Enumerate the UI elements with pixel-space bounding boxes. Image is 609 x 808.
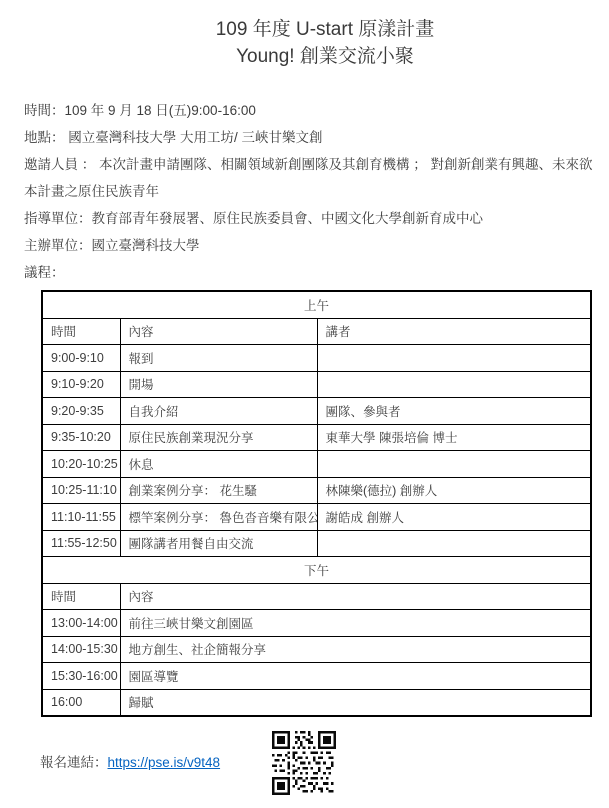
content-cell: 原住民族創業現況分享 [120,424,317,451]
agenda-table: 上午 時間 內容 講者 9:00-9:10 報到 9:10-9:20 開場 9:… [41,290,592,717]
content-cell: 地方創生、社企簡報分享 [120,636,591,663]
afternoon-section-header: 下午 [42,557,591,584]
speaker-cell [317,451,591,478]
table-row: 15:30-16:00 園區導覽 [42,663,591,690]
table-row: 13:00-14:00 前往三峽甘樂文創園區 [42,610,591,637]
afternoon-section-row: 下午 [42,557,591,584]
content-cell: 歸賦 [120,689,591,716]
document-page: 109 年度 U-start 原漾計畫 Young! 創業交流小聚 時間：109… [0,0,609,808]
speaker-cell: 團隊、參與者 [317,398,591,425]
time-cell: 9:35-10:20 [42,424,120,451]
page-title: 109 年度 U-start 原漾計畫 Young! 創業交流小聚 [41,16,609,70]
content-cell: 創業案例分享： 花生騷 [120,477,317,504]
content-cell: 開場 [120,371,317,398]
content-cell: 休息 [120,451,317,478]
info-organizer: 主辦單位：國立臺灣科技大學 [24,232,594,259]
time-cell: 10:25-11:10 [42,477,120,504]
table-row: 10:25-11:10 創業案例分享： 花生騷 林陳樂(德拉) 創辦人 [42,477,591,504]
table-row: 9:00-9:10 報到 [42,345,591,372]
speaker-cell: 謝皓成 創辦人 [317,504,591,531]
time-cell: 10:20-10:25 [42,451,120,478]
content-cell: 自我介紹 [120,398,317,425]
content-cell: 標竿案例分享： 魯色沓音樂有限公司 [120,504,317,531]
speaker-cell: 東華大學 陳張培倫 博士 [317,424,591,451]
time-cell: 9:20-9:35 [42,398,120,425]
qr-code-icon [272,731,336,795]
table-row: 10:20-10:25 休息 [42,451,591,478]
info-agenda-label: 議程： [24,259,594,286]
title-line-1: 109 年度 U-start 原漾計畫 [41,16,609,43]
time-cell: 13:00-14:00 [42,610,120,637]
time-cell: 15:30-16:00 [42,663,120,690]
col-header-content: 內容 [120,583,591,610]
table-row: 9:35-10:20 原住民族創業現況分享 東華大學 陳張培倫 博士 [42,424,591,451]
speaker-cell [317,530,591,557]
afternoon-header-row: 時間 內容 [42,583,591,610]
info-invitees-2: 本計畫之原住民族青年 [24,178,594,205]
table-row: 9:20-9:35 自我介紹 團隊、參與者 [42,398,591,425]
col-header-speaker: 講者 [317,318,591,345]
col-header-time: 時間 [42,318,120,345]
info-time: 時間：109 年 9 月 18 日(五)9:00-16:00 [24,97,594,124]
time-cell: 9:00-9:10 [42,345,120,372]
time-cell: 16:00 [42,689,120,716]
title-line-2: Young! 創業交流小聚 [41,43,609,70]
table-row: 11:10-11:55 標竿案例分享： 魯色沓音樂有限公司 謝皓成 創辦人 [42,504,591,531]
time-cell: 14:00-15:30 [42,636,120,663]
time-cell: 9:10-9:20 [42,371,120,398]
registration-line: 報名連結：https://pse.is/v9t48 [40,751,220,771]
speaker-cell [317,371,591,398]
content-cell: 園區導覽 [120,663,591,690]
time-cell: 11:55-12:50 [42,530,120,557]
content-cell: 團隊講者用餐自由交流 [120,530,317,557]
registration-label: 報名連結： [40,755,108,770]
morning-header-row: 時間 內容 講者 [42,318,591,345]
info-advisors: 指導單位：教育部青年發展署、原住民族委員會、中國文化大學創新育成中心 [24,205,594,232]
registration-link[interactable]: https://pse.is/v9t48 [108,755,221,770]
info-location: 地點： 國立臺灣科技大學 大用工坊/ 三峽甘樂文創 [24,124,594,151]
table-row: 11:55-12:50 團隊講者用餐自由交流 [42,530,591,557]
time-cell: 11:10-11:55 [42,504,120,531]
content-cell: 前往三峽甘樂文創園區 [120,610,591,637]
speaker-cell [317,345,591,372]
content-cell: 報到 [120,345,317,372]
morning-section-row: 上午 [42,291,591,318]
col-header-time: 時間 [42,583,120,610]
speaker-cell: 林陳樂(德拉) 創辦人 [317,477,591,504]
morning-section-header: 上午 [42,291,591,318]
event-info: 時間：109 年 9 月 18 日(五)9:00-16:00 地點： 國立臺灣科… [24,97,594,286]
info-invitees: 邀請人員 ： 本次計畫申請團隊、相關領域新創團隊及其創育機構 ； 對創新創業有興… [24,151,594,178]
table-row: 16:00 歸賦 [42,689,591,716]
table-row: 9:10-9:20 開場 [42,371,591,398]
table-row: 14:00-15:30 地方創生、社企簡報分享 [42,636,591,663]
col-header-content: 內容 [120,318,317,345]
